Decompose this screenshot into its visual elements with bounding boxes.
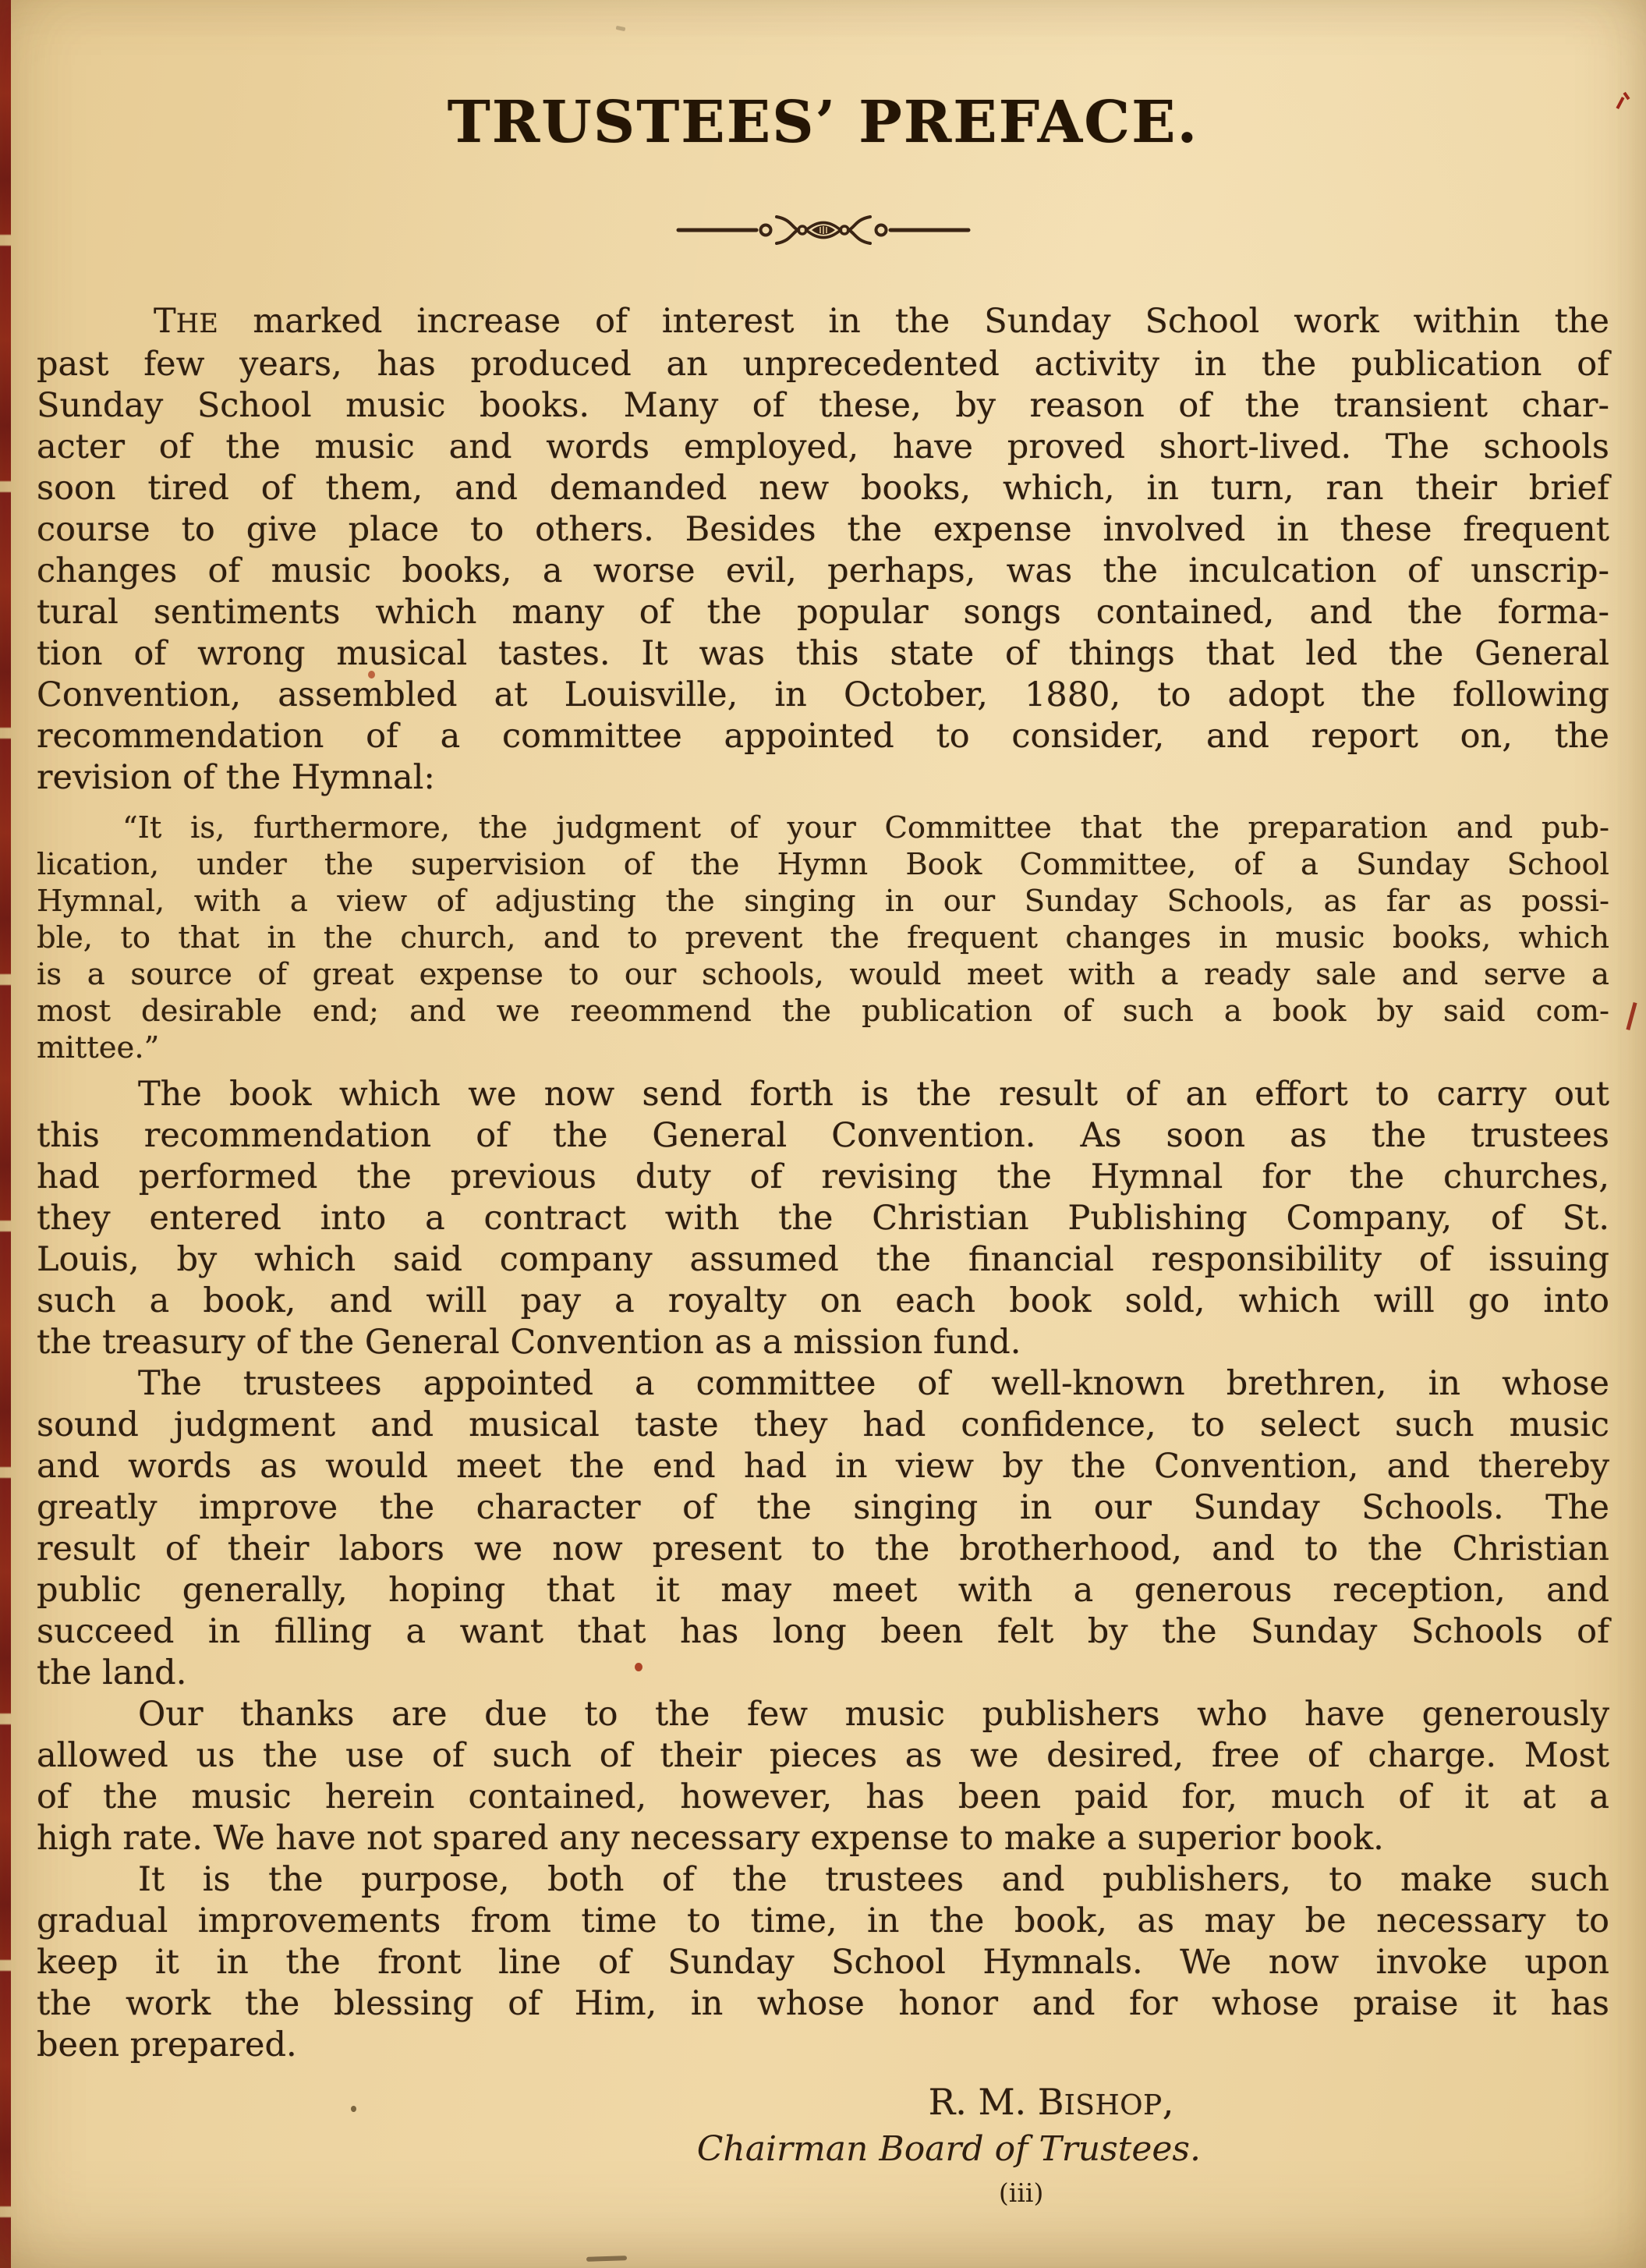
book-page: TRUSTEES’ PREFACE. THE marked increase o…: [0, 0, 1646, 2268]
text-line: past few years, has produced an unpreced…: [37, 344, 1609, 385]
page-number: (iii): [235, 2177, 1646, 2210]
text-line: the treasury of the General Convention a…: [37, 1322, 1609, 1363]
text-line: changes of music books, a worse evil, pe…: [37, 551, 1609, 592]
text-line: Louis, by which said company assumed the…: [37, 1239, 1609, 1281]
text-line: sound judgment and musical taste they ha…: [37, 1405, 1609, 1446]
text-line: recommendation of a committee appointed …: [37, 716, 1609, 757]
text-line: THE marked increase of interest in the S…: [37, 301, 1609, 344]
text-line: the land.: [37, 1653, 1609, 1694]
text-line: tion of wrong musical tastes. It was thi…: [37, 633, 1609, 675]
signature-block: R. M. BISHOP, Chairman Board of Trustees…: [37, 2080, 1609, 2210]
page-title: TRUSTEES’ PREFACE.: [37, 0, 1609, 151]
text-line: greatly improve the character of the sin…: [37, 1487, 1609, 1529]
page-content: TRUSTEES’ PREFACE. THE marked increase o…: [37, 0, 1609, 2210]
signature-name: R. M. BISHOP,: [264, 2080, 1646, 2128]
text-line: course to give place to others. Besides …: [37, 509, 1609, 551]
text-line: Convention, assembled at Louisville, in …: [37, 675, 1609, 716]
text-line: “It is, furthermore, the judgment of you…: [37, 810, 1609, 846]
bottom-smudge: [586, 2256, 627, 2262]
text-line: is a source of great expense to our scho…: [37, 956, 1609, 993]
text-line: ble, to that in the church, and to preve…: [37, 920, 1609, 956]
scan-edge-red-stain: [0, 0, 11, 2268]
text-line: The book which we now send forth is the …: [37, 1074, 1609, 1115]
text-line: acter of the music and words employed, h…: [37, 427, 1609, 468]
text-line: succeed in filling a want that has long …: [37, 1611, 1609, 1653]
text-line: revision of the Hymnal:: [37, 757, 1609, 799]
text-line: the work the blessing of Him, in whose h…: [37, 1983, 1609, 2025]
text-line: had performed the previous duty of revis…: [37, 1157, 1609, 1198]
text-line: such a book, and will pay a royalty on e…: [37, 1281, 1609, 1322]
committee-quotation: “It is, furthermore, the judgment of you…: [37, 810, 1609, 1066]
text-line: high rate. We have not spared any necess…: [37, 1818, 1609, 1859]
text-line: keep it in the front line of Sunday Scho…: [37, 1942, 1609, 1983]
text-line: tural sentiments which many of the popul…: [37, 592, 1609, 633]
red-edge-slash: [1626, 1002, 1637, 1030]
text-line: they entered into a contract with the Ch…: [37, 1198, 1609, 1239]
text-line: mittee.”: [37, 1029, 1609, 1066]
text-line: The trustees appointed a committee of we…: [37, 1363, 1609, 1405]
divider-ornament-icon: [675, 212, 972, 248]
paragraph-purpose: It is the purpose, both of the trustees …: [37, 1859, 1609, 2066]
text-line: Our thanks are due to the few music publ…: [37, 1694, 1609, 1735]
red-edge-mark: [1616, 97, 1624, 109]
text-line: been prepared.: [37, 2025, 1609, 2066]
text-line: lication, under the supervision of the H…: [37, 846, 1609, 883]
preface-text: THE marked increase of interest in the S…: [37, 301, 1609, 2066]
text-line: and words as would meet the end had in v…: [37, 1446, 1609, 1487]
text-line: most desirable end; and we reeommend the…: [37, 993, 1609, 1029]
text-line: result of their labors we now present to…: [37, 1529, 1609, 1570]
signature-role: Chairman Board of Trustees.: [162, 2128, 1646, 2171]
text-line: Sunday School music books. Many of these…: [37, 385, 1609, 427]
text-line: public generally, hoping that it may mee…: [37, 1570, 1609, 1611]
paragraph-committee-appointed: The trustees appointed a committee of we…: [37, 1363, 1609, 1694]
text-line: It is the purpose, both of the trustees …: [37, 1859, 1609, 1901]
text-line: soon tired of them, and demanded new boo…: [37, 468, 1609, 509]
paragraph-thanks: Our thanks are due to the few music publ…: [37, 1694, 1609, 1859]
text-line: this recommendation of the General Conve…: [37, 1115, 1609, 1157]
opening-paragraph: THE marked increase of interest in the S…: [37, 301, 1609, 799]
paragraph-book-sent-forth: The book which we now send forth is the …: [37, 1074, 1609, 1363]
text-line: of the music herein contained, however, …: [37, 1777, 1609, 1818]
text-line: gradual improvements from time to time, …: [37, 1901, 1609, 1942]
text-line: allowed us the use of such of their piec…: [37, 1735, 1609, 1777]
red-edge-mark: [1623, 92, 1630, 100]
text-line: Hymnal, with a view of adjusting the sin…: [37, 883, 1609, 920]
